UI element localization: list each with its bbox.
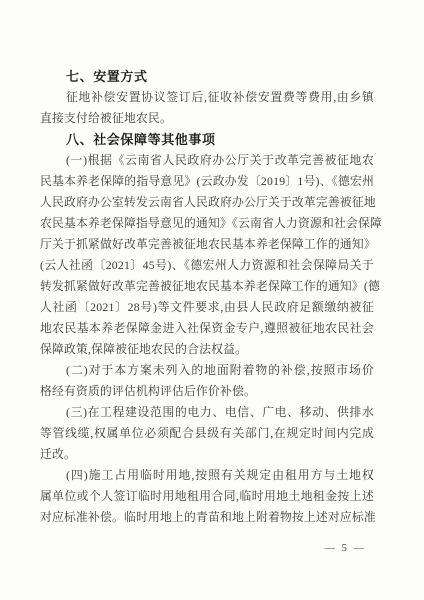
document-page: 七、安置方式征地补偿安置协议签订后,征收补偿安置费等费用,由乡镇直接支付给被征地… — [0, 0, 424, 600]
text-line: 地农民基本养老保障金进入社保资金专户,遵照被征地农民社会 — [40, 318, 374, 339]
text-line: (一)根据《云南省人民政府办公厅关于改革完善被征地农 — [40, 150, 374, 171]
text-line: 征地补偿安置协议签订后,征收补偿安置费等费用,由乡镇 — [40, 87, 374, 108]
text-line: 厅关于抓紧做好改革完善被征地农民基本养老保障工作的通知》 — [40, 234, 374, 255]
text-line: 八、社会保障等其他事项 — [40, 129, 374, 150]
text-line: 转发抓紧做好改革完善被征地农民基本养老保障工作的通知》(德 — [40, 276, 374, 297]
text-line: 迁改。 — [40, 444, 374, 465]
text-line: 保障政策,保障被征地农民的合法权益。 — [40, 339, 374, 360]
text-line: (云人社函〔2021〕45号)、《德宏州人力资源和社会保障局关于 — [40, 255, 374, 276]
page-number: — 5 — — [325, 543, 367, 554]
text-line: 民基本养老保障的指导意见》(云政办发〔2019〕1号)、《德宏州 — [40, 171, 374, 192]
text-line: 农民基本养老保障指导意见的通知》《云南省人力资源和社会保障 — [40, 213, 374, 234]
text-line: 格经有资质的评估机构评估后作价补偿。 — [40, 381, 374, 402]
text-line: 七、安置方式 — [40, 66, 374, 87]
text-line: (三)在工程建设范围的电力、电信、广电、移动、供排水 — [40, 402, 374, 423]
document-body: 七、安置方式征地补偿安置协议签订后,征收补偿安置费等费用,由乡镇直接支付给被征地… — [40, 66, 374, 528]
text-line: 属单位或个人签订临时用地租用合同,临时用地土地租金按上述 — [40, 486, 374, 507]
text-line: (四)施工占用临时用地,按照有关规定由租用方与土地权 — [40, 465, 374, 486]
text-line: 等管线缆,权属单位必须配合县级有关部门,在规定时间内完成 — [40, 423, 374, 444]
text-line: 人民政府办公室转发云南省人民政府办公厅关于改革完善被征地 — [40, 192, 374, 213]
text-line: 直接支付给被征地农民。 — [40, 108, 374, 129]
text-line: 人社函〔2021〕28号)等文件要求,由县人民政府足额缴纳被征 — [40, 297, 374, 318]
text-line: (二)对于本方案未列入的地面附着物的补偿,按照市场价 — [40, 360, 374, 381]
text-line: 对应标准补偿。临时用地上的青苗和地上附着物按上述对应标准 — [40, 507, 374, 528]
